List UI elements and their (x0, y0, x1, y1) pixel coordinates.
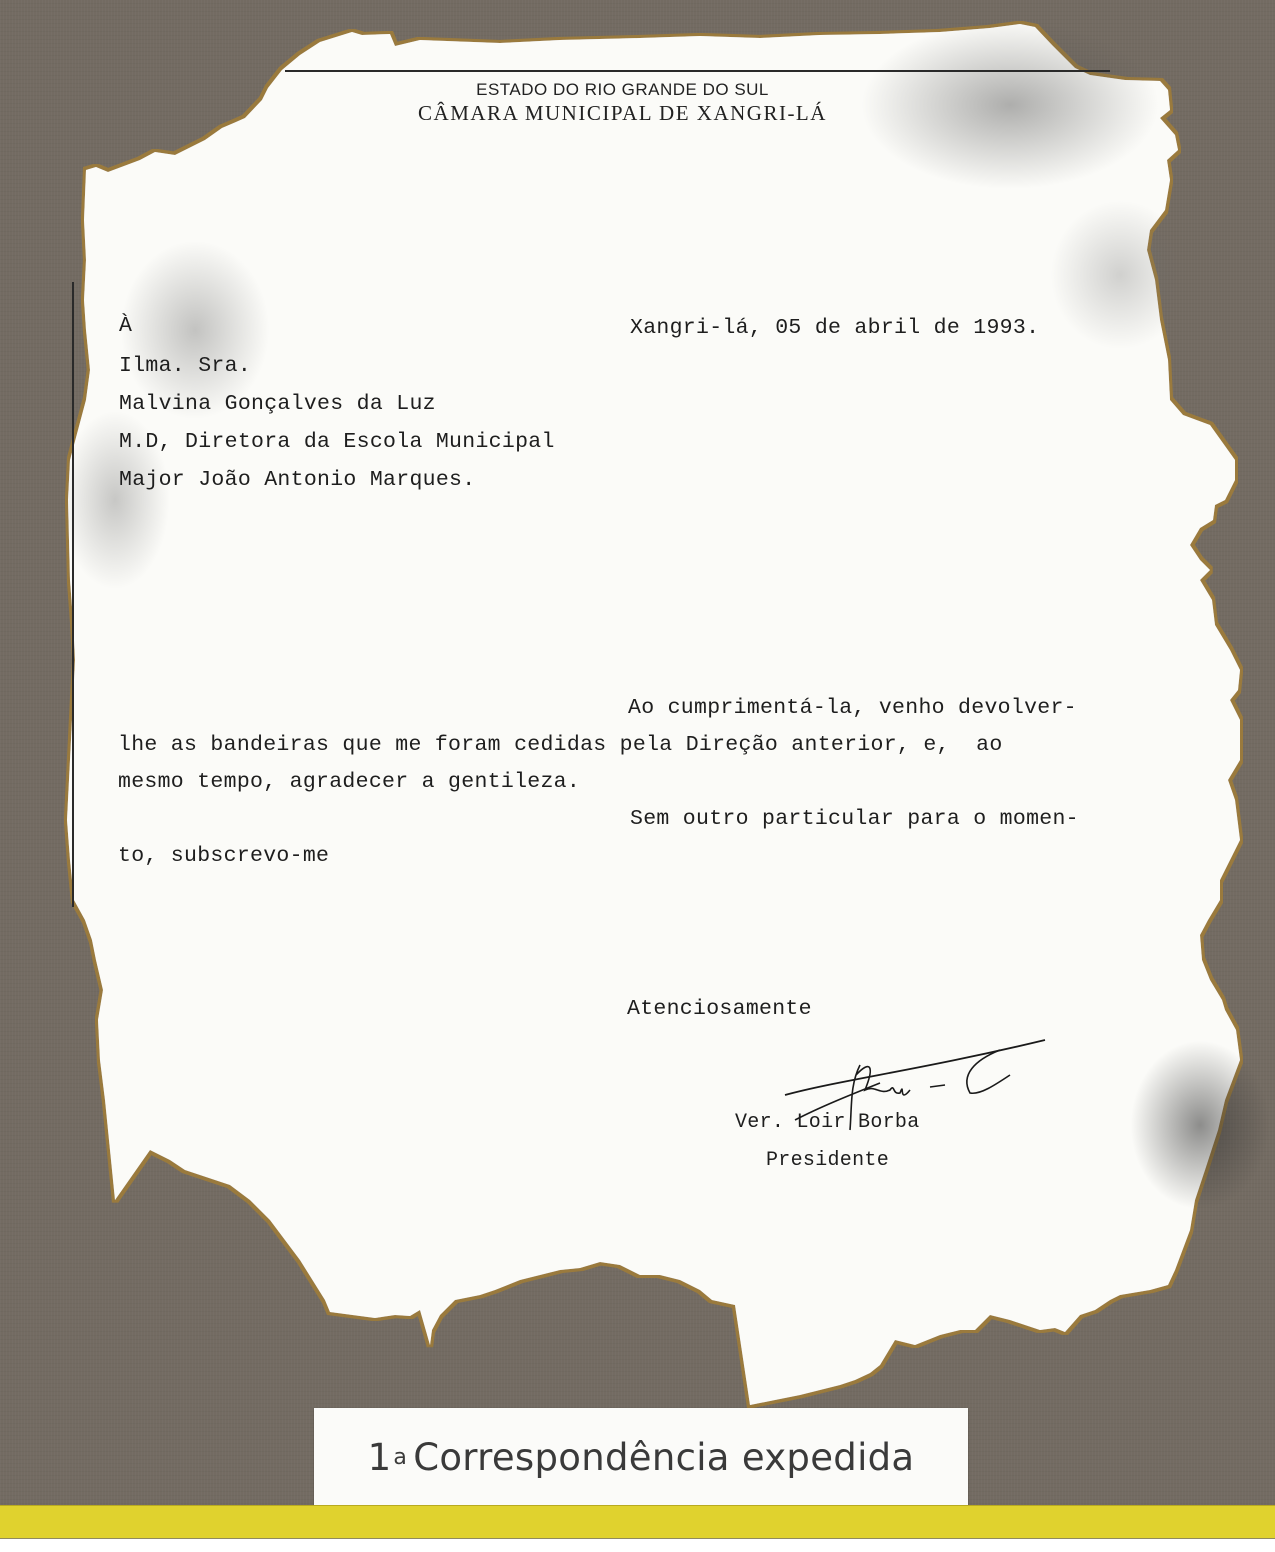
signatory-title: Presidente (766, 1149, 889, 1172)
body-line: to, subscrevo-me (118, 844, 329, 868)
caption-text: Correspondência expedida (413, 1436, 914, 1479)
letterhead-rule (285, 70, 1110, 72)
recipient-name: Malvina Gonçalves da Luz (119, 392, 436, 416)
recipient-school: Major João Antonio Marques. (119, 468, 475, 492)
body-line: Sem outro particular para o momen- (630, 807, 1079, 831)
caption-label: 1aCorrespondência expedida (314, 1408, 968, 1506)
signatory-name: Ver. Loir Borba (735, 1111, 920, 1134)
letterhead-state: ESTADO DO RIO GRANDE DO SUL (0, 80, 1260, 100)
place-date: Xangri-lá, 05 de abril de 1993. (630, 316, 1039, 340)
letterhead-institution: CÂMARA MUNICIPAL DE XANGRI-LÁ (0, 101, 1260, 126)
margin-rule (72, 282, 74, 907)
body-line: mesmo tempo, agradecer a gentileza. (118, 770, 580, 794)
body-line: lhe as bandeiras que me foram cedidas pe… (118, 733, 1003, 757)
yellow-band (0, 1505, 1275, 1539)
caption-ordinal: a (393, 1445, 407, 1470)
closing: Atenciosamente (627, 997, 812, 1021)
recipient-title: Ilma. Sra. (119, 354, 251, 378)
caption-number: 1 (368, 1436, 392, 1479)
salutation-prefix: À (119, 314, 132, 338)
body-line: Ao cumprimentá-la, venho devolver- (628, 696, 1077, 720)
recipient-role: M.D, Diretora da Escola Municipal (119, 430, 555, 454)
